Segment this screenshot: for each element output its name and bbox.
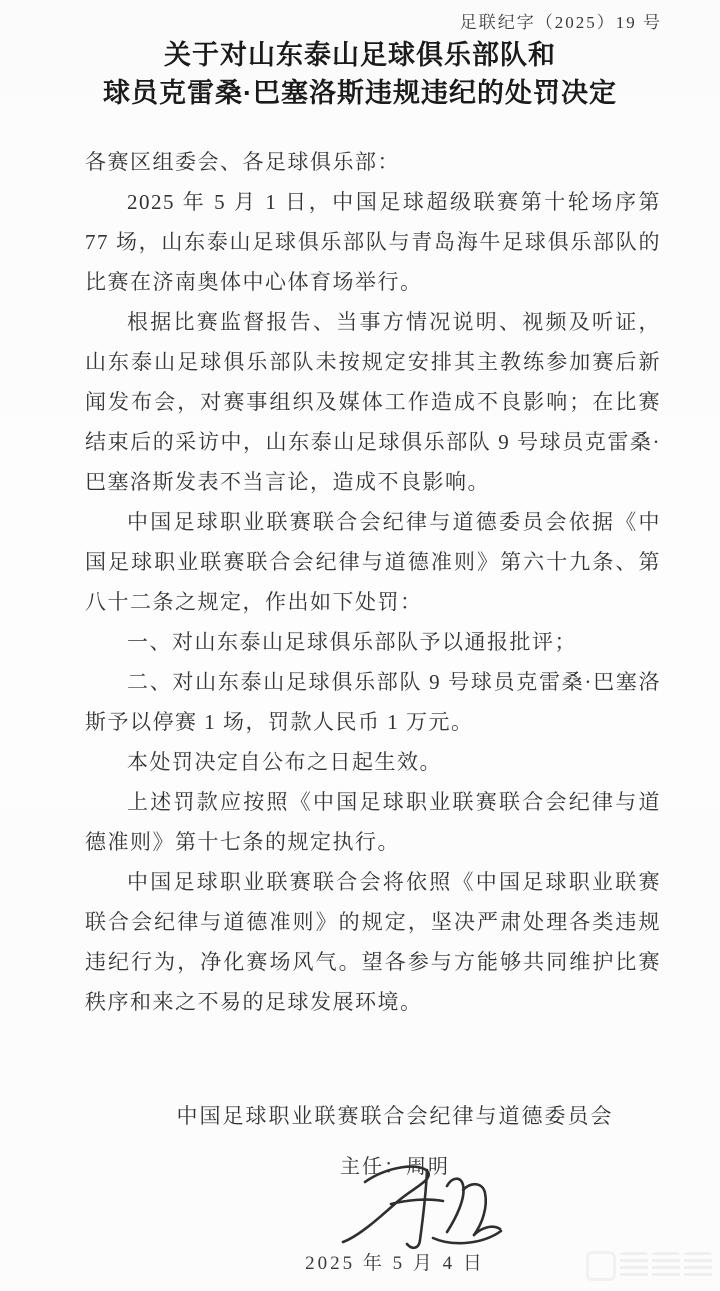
document-title-line-1: 关于对山东泰山足球俱乐部队和	[0, 36, 720, 74]
handwritten-signature-image	[335, 1160, 503, 1252]
document-body: 各赛区组委会、各足球俱乐部： 2025 年 5 月 1 日，中国足球超级联赛第十…	[85, 142, 661, 1022]
closing-organization: 中国足球职业联赛联合会纪律与道德委员会	[70, 1100, 720, 1130]
document-title: 关于对山东泰山足球俱乐部队和 球员克雷桑·巴塞洛斯违规违纪的处罚决定	[0, 36, 720, 112]
paragraph-violation-findings: 根据比赛监督报告、当事方情况说明、视频及听证，山东泰山足球俱乐部队未按规定安排其…	[85, 302, 661, 502]
salutation: 各赛区组委会、各足球俱乐部：	[85, 142, 661, 182]
paragraph-penalty-item-2: 二、对山东泰山足球俱乐部队 9 号球员克雷桑·巴塞洛斯予以停赛 1 场，罚款人民…	[85, 662, 661, 742]
watermark-glyph-block	[620, 1252, 648, 1280]
paragraph-ruling-basis: 中国足球职业联赛联合会纪律与道德委员会依据《中国足球职业联赛联合会纪律与道德准则…	[85, 502, 661, 622]
watermark-badge-icon	[586, 1251, 616, 1281]
media-logo-watermark	[586, 1251, 712, 1281]
official-document-page: 足联纪字（2025）19 号 关于对山东泰山足球俱乐部队和 球员克雷桑·巴塞洛斯…	[0, 0, 720, 1291]
paragraph-match-info: 2025 年 5 月 1 日，中国足球超级联赛第十轮场序第 77 场，山东泰山足…	[85, 182, 661, 302]
paragraph-concluding-statement: 中国足球职业联赛联合会将依照《中国足球职业联赛联合会纪律与道德准则》的规定，坚决…	[85, 862, 661, 1022]
watermark-glyph-block	[652, 1252, 680, 1280]
document-title-line-2: 球员克雷桑·巴塞洛斯违规违纪的处罚决定	[0, 74, 720, 112]
paragraph-fine-execution: 上述罚款应按照《中国足球职业联赛联合会纪律与道德准则》第十七条的规定执行。	[85, 782, 661, 862]
paragraph-effective-date: 本处罚决定自公布之日起生效。	[85, 742, 661, 782]
watermark-glyph-block	[684, 1252, 712, 1280]
document-number: 足联纪字（2025）19 号	[460, 8, 662, 33]
paragraph-penalty-item-1: 一、对山东泰山足球俱乐部队予以通报批评；	[85, 622, 661, 662]
